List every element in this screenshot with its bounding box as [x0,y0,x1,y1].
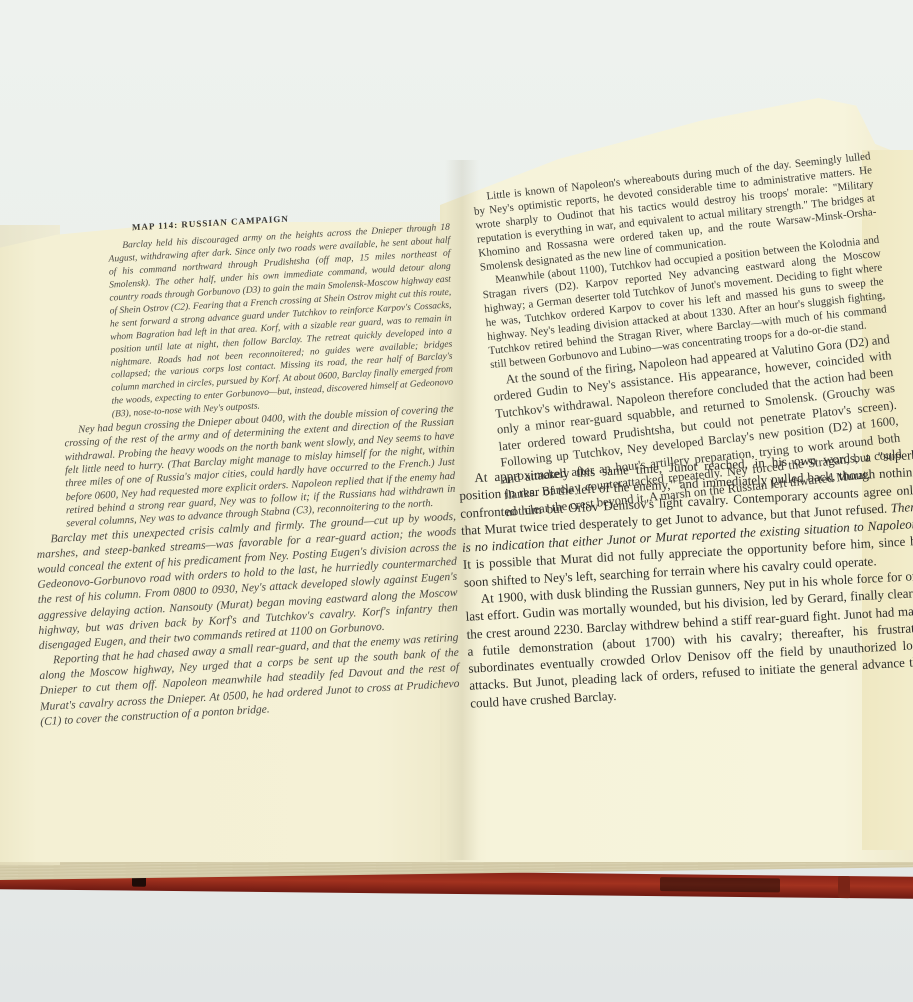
text-run: At 1900, with dusk blinding the Russian … [465,568,913,711]
left-page-text: MAP 114: RUSSIAN CAMPAIGN Barclay held h… [30,205,460,731]
paragraph: At 1900, with dusk blinding the Russian … [464,567,913,712]
paragraph: Barclay met this unexpected crisis calml… [36,509,458,654]
paragraph: Barclay held his discouraged army on the… [108,222,453,422]
cover-marbling [838,876,850,898]
cover-marbling [660,877,780,892]
paragraph: At approximately this same time, Junot r… [458,446,913,591]
photo-scene: MAP 114: RUSSIAN CAMPAIGN Barclay held h… [0,0,913,1002]
right-page-text-bottom: At approximately this same time, Junot r… [458,446,913,712]
